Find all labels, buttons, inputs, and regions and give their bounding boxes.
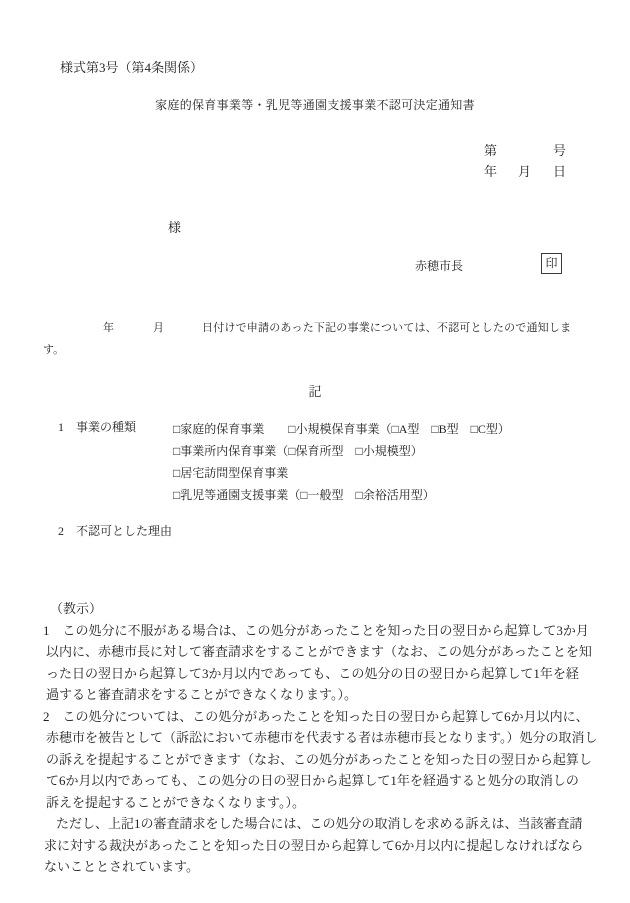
kyoji-line: 2 この処分については、この処分があったことを知った日の翌日から起算して6か月以… xyxy=(0,706,630,728)
kyoji-line: の訴えを提起することができます（なお、この処分があったことを知った日の翌日から起… xyxy=(0,749,630,771)
intro-paragraph-line2: す。 xyxy=(43,341,64,357)
kyoji-line: 以内に、赤穂市長に対して審査請求をすることができます（なお、この処分があったこと… xyxy=(0,641,630,663)
form-number-label: 様式第3号（第4条関係） xyxy=(60,57,203,76)
business-type-options: □家庭的保育事業 □小規模保育事業（□A型 □B型 □C型） □事業所内保育事業… xyxy=(173,418,510,506)
notice-document-page: 様式第3号（第4条関係） 家庭的保育事業等・乳児等通園支援事業不認可決定通知書 … xyxy=(0,0,630,903)
appeal-instructions-heading: （教示） xyxy=(0,598,630,620)
kyoji-line: て6か月以内であっても、この処分の日の翌日から起算して1年を経過すると処分の取消… xyxy=(0,770,630,792)
kyoji-line: ないこととされています。 xyxy=(0,856,630,878)
appeal-instructions-block: （教示） 1 この処分に不服がある場合は、この処分があったことを知った日の翌日か… xyxy=(0,598,630,878)
kyoji-line: ただし、上記1の審査請求をした場合には、この処分の取消しを求める訴えは、当該審査… xyxy=(0,813,630,835)
issue-date-year-label: 年 xyxy=(484,161,497,180)
kyoji-line: 1 この処分に不服がある場合は、この処分があったことを知った日の翌日から起算して… xyxy=(0,620,630,642)
kyoji-line: 過すると審査請求をすることができなくなります。）。 xyxy=(0,684,630,706)
kyoji-line: 訴えを提起することができなくなります。）。 xyxy=(0,792,630,814)
seal-placeholder-box: 印 xyxy=(541,253,562,274)
addressee-honorific: 様 xyxy=(168,217,181,236)
document-title: 家庭的保育事業等・乳児等通園支援事業不認可決定通知書 xyxy=(0,96,630,113)
document-number-suffix: 号 xyxy=(553,140,566,159)
section2-refusal-reason-label: 2 不認可とした理由 xyxy=(58,522,172,539)
record-marker: 記 xyxy=(0,381,630,400)
issuer-name: 赤穂市長 xyxy=(415,257,463,274)
intro-paragraph-line1: 日付けで申請のあった下記の事業については、不認可としたので通知しま xyxy=(202,319,571,335)
issue-date-month-label: 月 xyxy=(518,161,531,180)
document-number-prefix: 第 xyxy=(484,140,497,159)
kyoji-line: った日の翌日から起算して3か月以内であっても、この処分の日の翌日から起算して1年… xyxy=(0,663,630,685)
kyoji-line: 求に対する裁決があったことを知った日の翌日から起算して6か月以内に提起しなければ… xyxy=(0,835,630,857)
kyoji-line: 赤穂市を被告として（訴訟において赤穂市を代表する者は赤穂市長となります。）処分の… xyxy=(0,727,630,749)
section1-business-type-label: 1 事業の種類 xyxy=(58,418,136,435)
issue-date-day-label: 日 xyxy=(553,161,566,180)
business-type-option-line: □家庭的保育事業 □小規模保育事業（□A型 □B型 □C型） xyxy=(173,418,510,440)
business-type-option-line: □居宅訪問型保育事業 xyxy=(173,462,510,484)
business-type-option-line: □乳児等通園支援事業（□一般型 □余裕活用型） xyxy=(173,484,510,506)
intro-date-month-label: 月 xyxy=(153,319,164,335)
intro-date-year-label: 年 xyxy=(103,319,114,335)
business-type-option-line: □事業所内保育事業（□保育所型 □小規模型） xyxy=(173,440,510,462)
